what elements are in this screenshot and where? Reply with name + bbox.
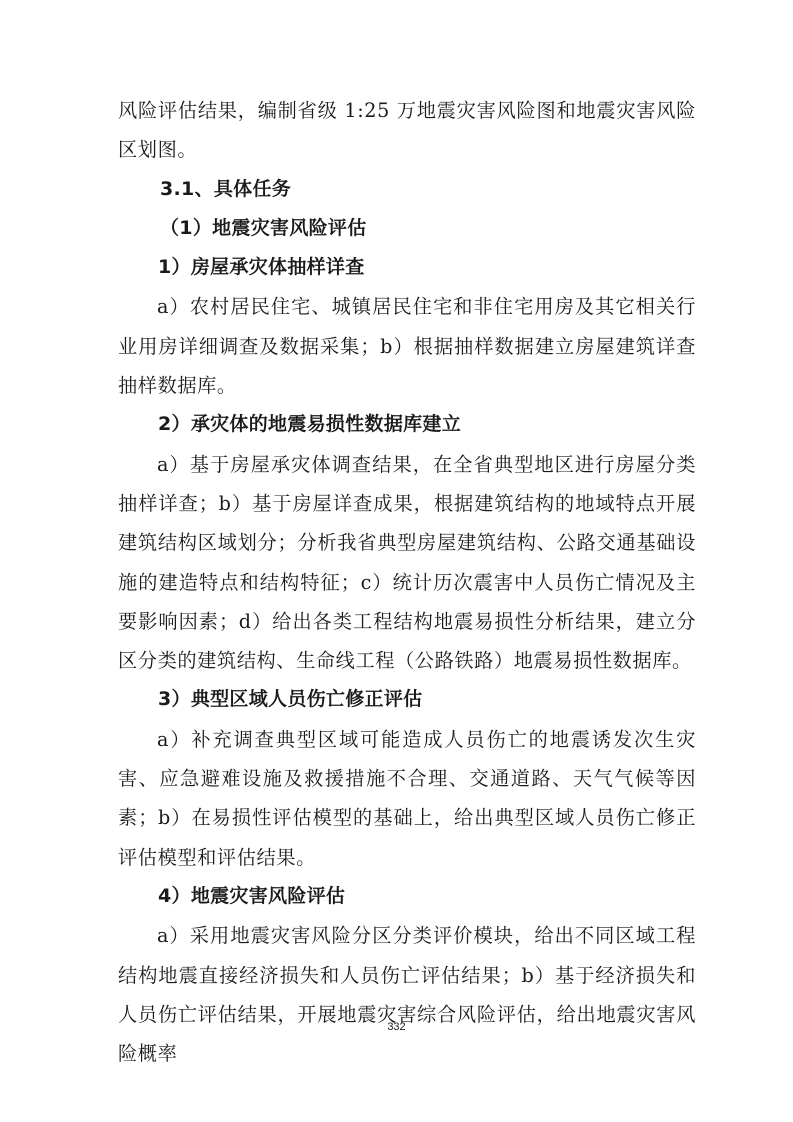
page-content: 风险评估结果，编制省级 1:25 万地震灾害风险图和地震灾害风险区划图。 3.1… — [118, 91, 696, 1073]
task-heading-1: 1）房屋承灾体抽样详查 — [118, 248, 696, 287]
task-body-3: a）补充调查典型区域可能造成人员伤亡的地震诱发次生灾害、应急避难设施及救援措施不… — [118, 720, 696, 877]
task-body-4: a）采用地震灾害风险分区分类评价模块，给出不同区域工程结构地震直接经济损失和人员… — [118, 916, 696, 1073]
task-body-1: a）农村居民住宅、城镇居民住宅和非住宅用房及其它相关行业用房详细调查及数据采集；… — [118, 287, 696, 405]
task-heading-3: 3）典型区域人员伤亡修正评估 — [118, 680, 696, 719]
section-heading-3-1: 3.1、具体任务 — [118, 170, 696, 209]
task-heading-4: 4）地震灾害风险评估 — [118, 877, 696, 916]
task-heading-2: 2）承灾体的地震易损性数据库建立 — [118, 405, 696, 444]
page-number: 332 — [0, 1021, 793, 1033]
body-paragraph-intro: 风险评估结果，编制省级 1:25 万地震灾害风险图和地震灾害风险区划图。 — [118, 91, 696, 170]
document-page: 风险评估结果，编制省级 1:25 万地震灾害风险图和地震灾害风险区划图。 3.1… — [0, 0, 793, 1122]
task-body-2: a）基于房屋承灾体调查结果，在全省典型地区进行房屋分类抽样详查；b）基于房屋详查… — [118, 445, 696, 681]
subsection-heading-earthquake-risk: （1）地震灾害风险评估 — [118, 209, 696, 248]
